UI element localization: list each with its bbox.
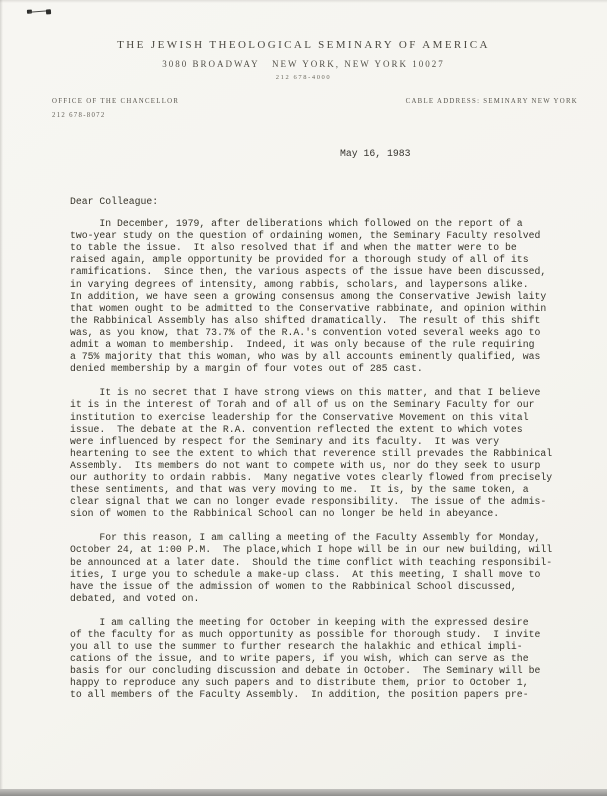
staple-mark xyxy=(27,7,51,17)
institution-phone: 212 678-4000 xyxy=(0,74,607,81)
office-phone: 212 678-8072 xyxy=(52,112,179,119)
letterhead-meta-row: OFFICE OF THE CHANCELLOR 212 678-8072 CA… xyxy=(0,98,607,119)
institution-address: 3080 BROADWAY NEW YORK, NEW YORK 10027 xyxy=(0,59,607,69)
paragraph-4: I am calling the meeting for October in … xyxy=(70,617,607,702)
staple-end-right xyxy=(46,9,51,14)
scan-top-edge xyxy=(0,0,607,3)
letterhead: THE JEWISH THEOLOGICAL SEMINARY OF AMERI… xyxy=(0,0,607,81)
paragraph-1: In December, 1979, after deliberations w… xyxy=(70,218,607,375)
paragraph-3: For this reason, I am calling a meeting … xyxy=(70,532,607,605)
letter-body: Dear Colleague: In December, 1979, after… xyxy=(70,196,607,702)
cable-address: CABLE ADDRESS: SEMINARY NEW YORK xyxy=(406,98,578,105)
salutation: Dear Colleague: xyxy=(70,196,607,208)
letter-page: THE JEWISH THEOLOGICAL SEMINARY OF AMERI… xyxy=(0,0,607,796)
paragraph-2: It is no secret that I have strong views… xyxy=(70,387,607,520)
scan-bottom-edge xyxy=(0,789,607,796)
office-block: OFFICE OF THE CHANCELLOR 212 678-8072 xyxy=(52,98,179,119)
scan-left-edge xyxy=(0,0,3,796)
office-of-chancellor-label: OFFICE OF THE CHANCELLOR xyxy=(52,98,179,105)
institution-name: THE JEWISH THEOLOGICAL SEMINARY OF AMERI… xyxy=(0,39,607,51)
letter-date: May 16, 1983 xyxy=(340,148,607,159)
